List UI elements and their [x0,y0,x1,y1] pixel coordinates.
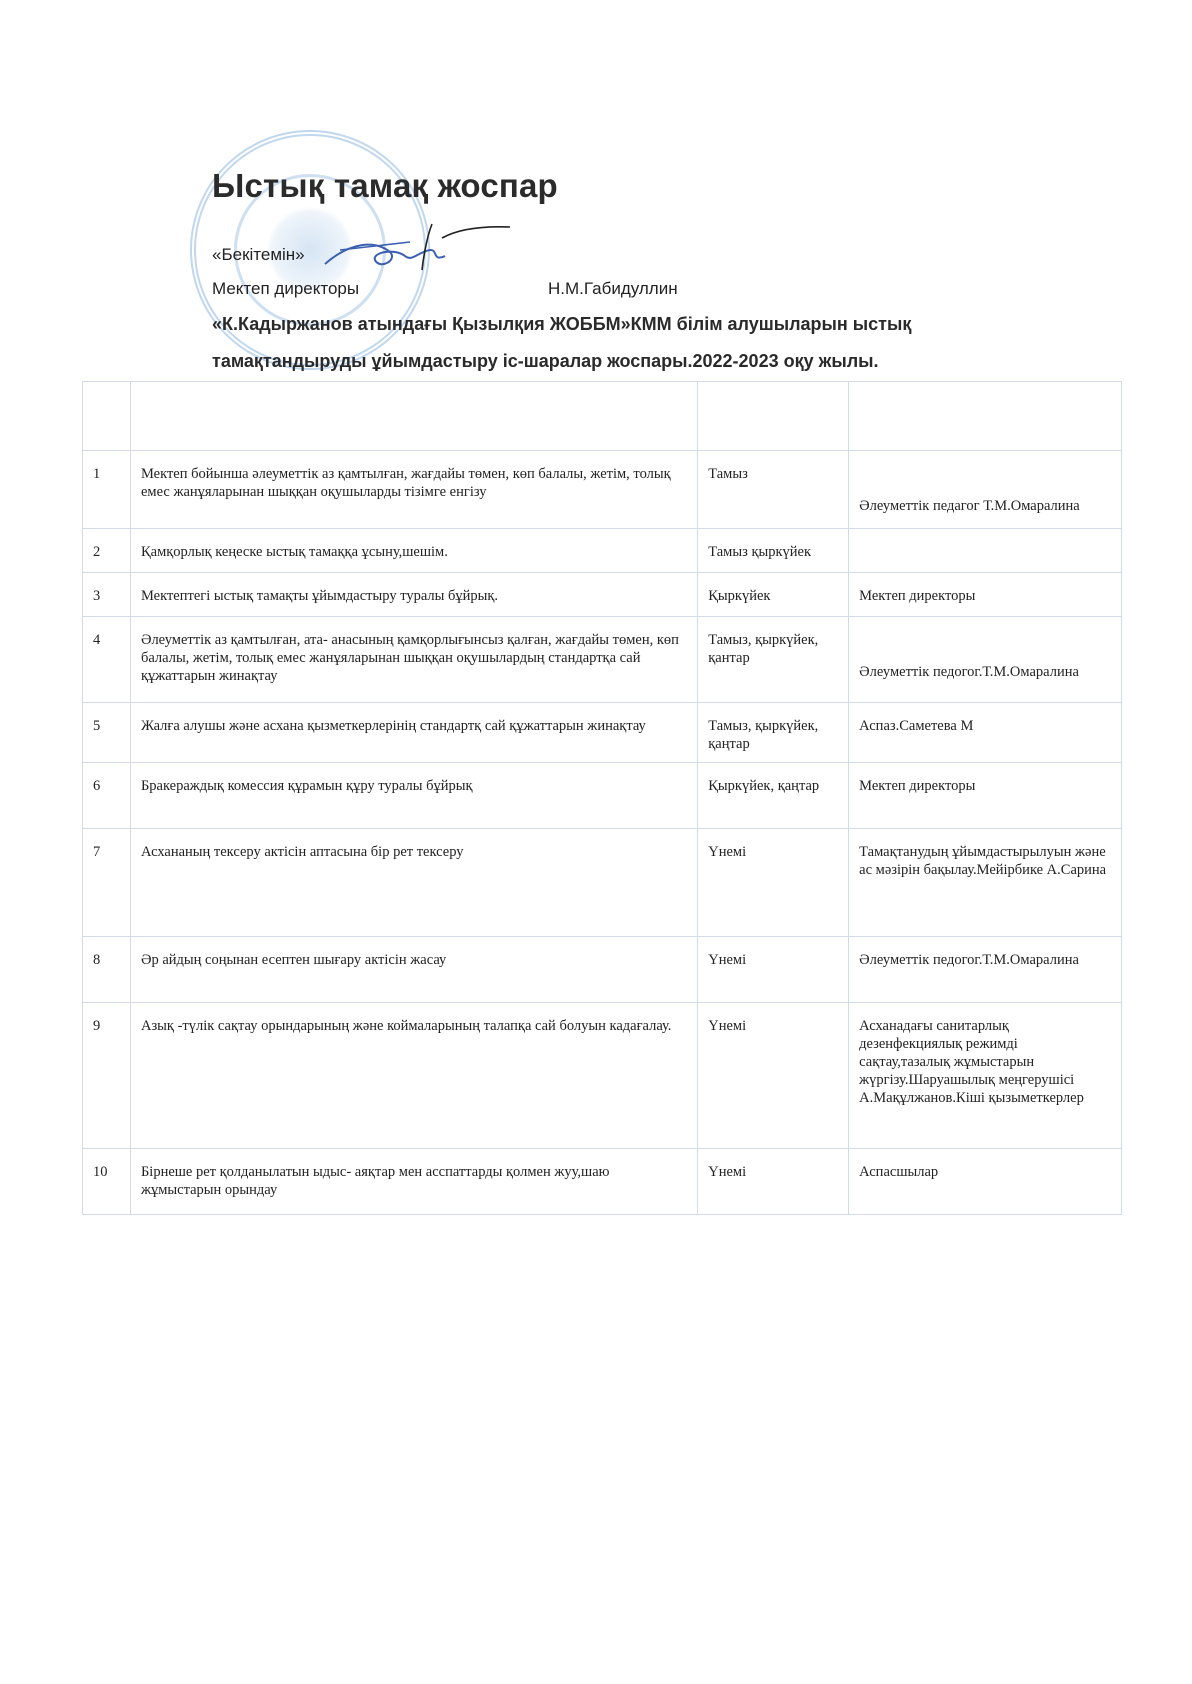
row-task: Мектептегі ыстық тамақты ұйымдастыру тур… [130,573,697,617]
row-responsible-text: Асханадағы санитарлық дезенфекциялық реж… [859,1018,1084,1106]
row-number-text: 1 [93,466,100,482]
table-row: 6Бракераждық комессия құрамын құру турал… [83,763,1122,829]
table-row: 3Мектептегі ыстық тамақты ұйымдастыру ту… [83,573,1122,617]
row-task-text: Мектеп бойынша әлеуметтік аз қамтылған, … [141,466,671,500]
row-date: Тамыз, қыркүйек, қаңтар [698,703,849,763]
row-task-text: Әлеуметтік аз қамтылған, ата- анасының қ… [141,632,679,684]
row-number: 9 [83,1003,131,1149]
row-task: Азық -түлік сақтау орындарының және койм… [130,1003,697,1149]
row-task: Әр айдың соңынан есептен шығару актісін … [130,937,697,1003]
row-date-text: Тамыз, қыркүйек, қантар [708,632,818,666]
row-responsible-text: Мектеп директоры [859,778,975,794]
row-responsible-text: Мектеп директоры [859,588,975,604]
header-cell-task [130,382,697,451]
director-line: Мектеп директоры Н.М.Габидуллин [212,279,732,299]
row-task-text: Бракераждық комессия құрамын құру туралы… [141,778,473,794]
row-number: 2 [83,529,131,573]
row-responsible: Мектеп директоры [849,763,1122,829]
row-task-text: Асхананың тексеру актісін аптасына бір р… [141,844,464,860]
row-number-text: 6 [93,778,100,794]
table-row: 10Бірнеше рет қолданылатын ыдыс- аяқтар … [83,1149,1122,1215]
row-responsible: Әлеуметтік педогог.Т.М.Омаралина [849,617,1122,703]
page-title: Ыстық тамақ жоспар [212,167,558,205]
row-number-text: 3 [93,588,100,604]
row-date: Үнемі [698,1149,849,1215]
row-number: 5 [83,703,131,763]
row-responsible: Аспаз.Саметева М [849,703,1122,763]
row-task-text: Жалға алушы және асхана қызметкерлерінің… [141,718,646,734]
row-responsible: Тамақтанудың ұйымдастырылуын және ас мәз… [849,829,1122,937]
row-responsible-text: Аспасшылар [859,1164,938,1180]
row-responsible-text: Әлеуметтік педагог Т.М.Омаралина [859,465,1111,515]
row-task-text: Қамқорлық кеңеске ыстық тамаққа ұсыну,ше… [141,544,448,560]
row-task-text: Әр айдың соңынан есептен шығару актісін … [141,952,446,968]
row-date: Үнемі [698,829,849,937]
row-date-text: Тамыз, қыркүйек, қаңтар [708,718,818,752]
signature-icon [320,222,520,282]
table-row: 5Жалға алушы және асхана қызметкерлеріні… [83,703,1122,763]
director-label: Мектеп директоры [212,279,359,298]
row-date-text: Үнемі [708,1018,746,1034]
header-cell-date [698,382,849,451]
row-task-text: Бірнеше рет қолданылатын ыдыс- аяқтар ме… [141,1164,610,1198]
row-date: Қыркүйек [698,573,849,617]
row-date-text: Қыркүйек [708,588,770,604]
row-number-text: 5 [93,718,100,734]
row-number: 8 [83,937,131,1003]
row-responsible-text: Тамақтанудың ұйымдастырылуын және ас мәз… [859,844,1106,878]
row-responsible [849,529,1122,573]
row-number: 1 [83,451,131,529]
row-date: Тамыз қыркүйек [698,529,849,573]
row-responsible: Аспасшылар [849,1149,1122,1215]
row-task: Бірнеше рет қолданылатын ыдыс- аяқтар ме… [130,1149,697,1215]
row-date-text: Тамыз [708,466,748,482]
row-task: Қамқорлық кеңеске ыстық тамаққа ұсыну,ше… [130,529,697,573]
row-task: Әлеуметтік аз қамтылған, ата- анасының қ… [130,617,697,703]
row-task-text: Азық -түлік сақтау орындарының және койм… [141,1018,671,1034]
row-date: Үнемі [698,1003,849,1149]
table-header-row [83,382,1122,451]
row-number-text: 10 [93,1164,108,1180]
row-number-text: 9 [93,1018,100,1034]
row-responsible: Әлеуметтік педогог.Т.М.Омаралина [849,937,1122,1003]
row-date-text: Үнемі [708,952,746,968]
row-responsible: Мектеп директоры [849,573,1122,617]
row-date: Тамыз [698,451,849,529]
row-date-text: Үнемі [708,844,746,860]
table-row: 2Қамқорлық кеңеске ыстық тамаққа ұсыну,ш… [83,529,1122,573]
row-number-text: 7 [93,844,100,860]
table-row: 1Мектеп бойынша әлеуметтік аз қамтылған,… [83,451,1122,529]
row-number-text: 2 [93,544,100,560]
row-task-text: Мектептегі ыстық тамақты ұйымдастыру тур… [141,588,498,604]
row-task: Мектеп бойынша әлеуметтік аз қамтылған, … [130,451,697,529]
table-row: 8Әр айдың соңынан есептен шығару актісін… [83,937,1122,1003]
row-number-text: 4 [93,632,100,648]
approval-label: «Бекітемін» [212,245,305,265]
row-number: 4 [83,617,131,703]
row-date-text: Қыркүйек, қаңтар [708,778,819,794]
director-name: Н.М.Габидуллин [548,279,678,299]
row-date-text: Тамыз қыркүйек [708,544,811,560]
table-row: 7Асхананың тексеру актісін аптасына бір … [83,829,1122,937]
row-number: 3 [83,573,131,617]
header-cell-responsible [849,382,1122,451]
row-date-text: Үнемі [708,1164,746,1180]
row-date: Үнемі [698,937,849,1003]
row-responsible: Әлеуметтік педагог Т.М.Омаралина [849,451,1122,529]
row-task: Бракераждық комессия құрамын құру туралы… [130,763,697,829]
row-responsible-text: Әлеуметтік педогог.Т.М.Омаралина [859,631,1111,681]
document-subtitle: «К.Кадыржанов атындағы Қызылқия ЖОББМ»КМ… [212,306,972,380]
row-responsible: Асханадағы санитарлық дезенфекциялық реж… [849,1003,1122,1149]
row-date: Тамыз, қыркүйек, қантар [698,617,849,703]
row-responsible-text: Аспаз.Саметева М [859,718,973,734]
row-number: 10 [83,1149,131,1215]
row-task: Асхананың тексеру актісін аптасына бір р… [130,829,697,937]
table-row: 4Әлеуметтік аз қамтылған, ата- анасының … [83,617,1122,703]
header-cell-number [83,382,131,451]
row-task: Жалға алушы және асхана қызметкерлерінің… [130,703,697,763]
plan-table: 1Мектеп бойынша әлеуметтік аз қамтылған,… [82,381,1122,1215]
row-responsible-text: Әлеуметтік педогог.Т.М.Омаралина [859,952,1079,968]
row-number: 6 [83,763,131,829]
row-number: 7 [83,829,131,937]
row-date: Қыркүйек, қаңтар [698,763,849,829]
table-row: 9Азық -түлік сақтау орындарының және кой… [83,1003,1122,1149]
row-number-text: 8 [93,952,100,968]
